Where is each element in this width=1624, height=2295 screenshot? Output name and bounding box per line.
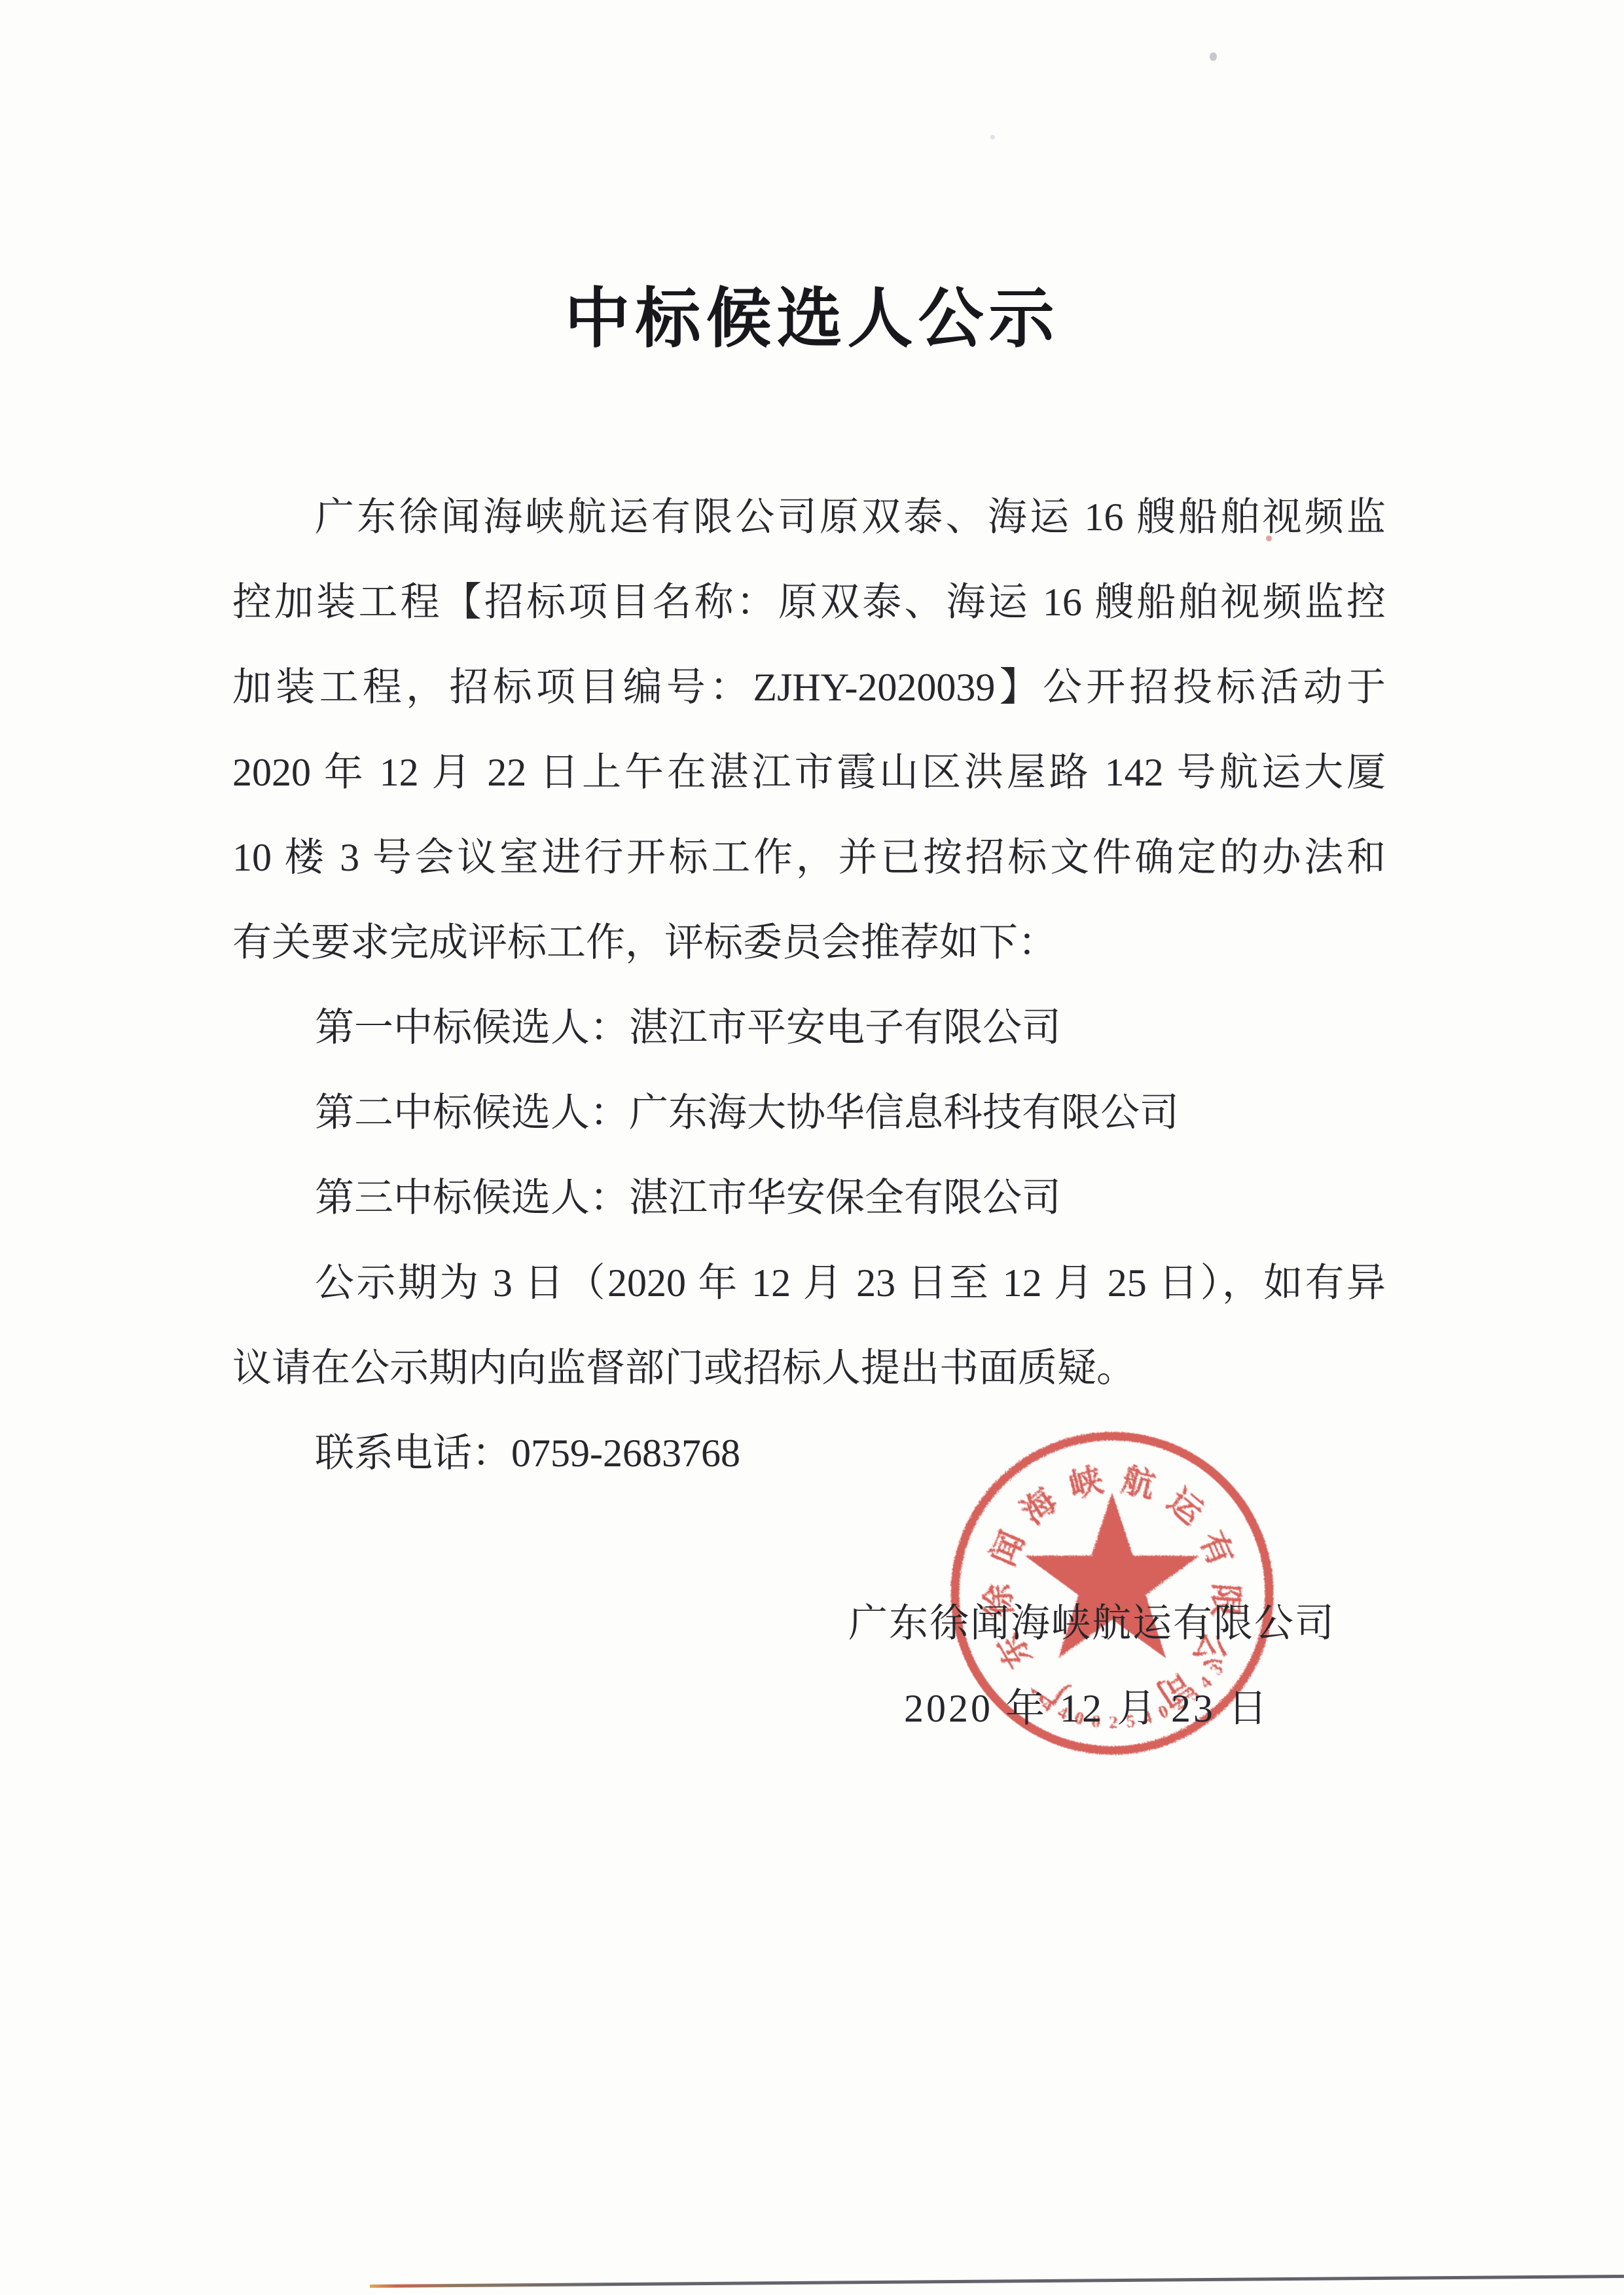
document-body: 广东徐闻海峡航运有限公司原双泰、海运 16 艘船舶视频监 控加装工程【招标项目名… [232,475,1386,1496]
signature-block: 广东徐闻海峡航运有限公司 2020 年 12 月 23 日 [0,1581,1624,1751]
body-line-5: 10 楼 3 号会议室进行开标工作，并已按招标文件确定的办法和 [232,815,1386,900]
signature-company: 广东徐闻海峡航运有限公司 [0,1581,1624,1666]
body-line-8: 第二中标候选人：广东海大协华信息科技有限公司 [232,1070,1386,1155]
scan-edge-line [370,2275,1624,2288]
body-line-7: 第一中标候选人：湛江市平安电子有限公司 [232,985,1386,1070]
body-line-4: 2020 年 12 月 22 日上午在湛江市霞山区洪屋路 142 号航运大厦 [232,730,1386,815]
body-line-1: 广东徐闻海峡航运有限公司原双泰、海运 16 艘船舶视频监 [232,475,1386,560]
page-title: 中标候选人公示 [0,281,1624,357]
document-page: 中标候选人公示 广东徐闻海峡航运有限公司原双泰、海运 16 艘船舶视频监 控加装… [0,0,1624,2295]
scan-speck [990,135,995,139]
svg-text:有: 有 [1192,1526,1239,1571]
body-line-12: 联系电话：0759-2683768 [232,1411,1386,1496]
signature-date: 2020 年 12 月 23 日 [0,1666,1624,1751]
scan-speck [1210,52,1217,61]
body-line-10: 公示期为 3 日（2020 年 12 月 23 日至 12 月 25 日），如有… [232,1240,1386,1326]
body-line-2: 控加装工程【招标项目名称：原双泰、海运 16 艘船舶视频监控 [232,560,1386,645]
svg-text:闻: 闻 [984,1526,1032,1571]
body-line-9: 第三中标候选人：湛江市华安保全有限公司 [232,1155,1386,1240]
body-line-6: 有关要求完成评标工作，评标委员会推荐如下： [232,900,1386,985]
body-line-11: 议请在公示期内向监督部门或招标人提出书面质疑。 [232,1326,1386,1411]
body-line-3: 加装工程，招标项目编号：ZJHY-2020039】公开招投标活动于 [232,645,1386,730]
